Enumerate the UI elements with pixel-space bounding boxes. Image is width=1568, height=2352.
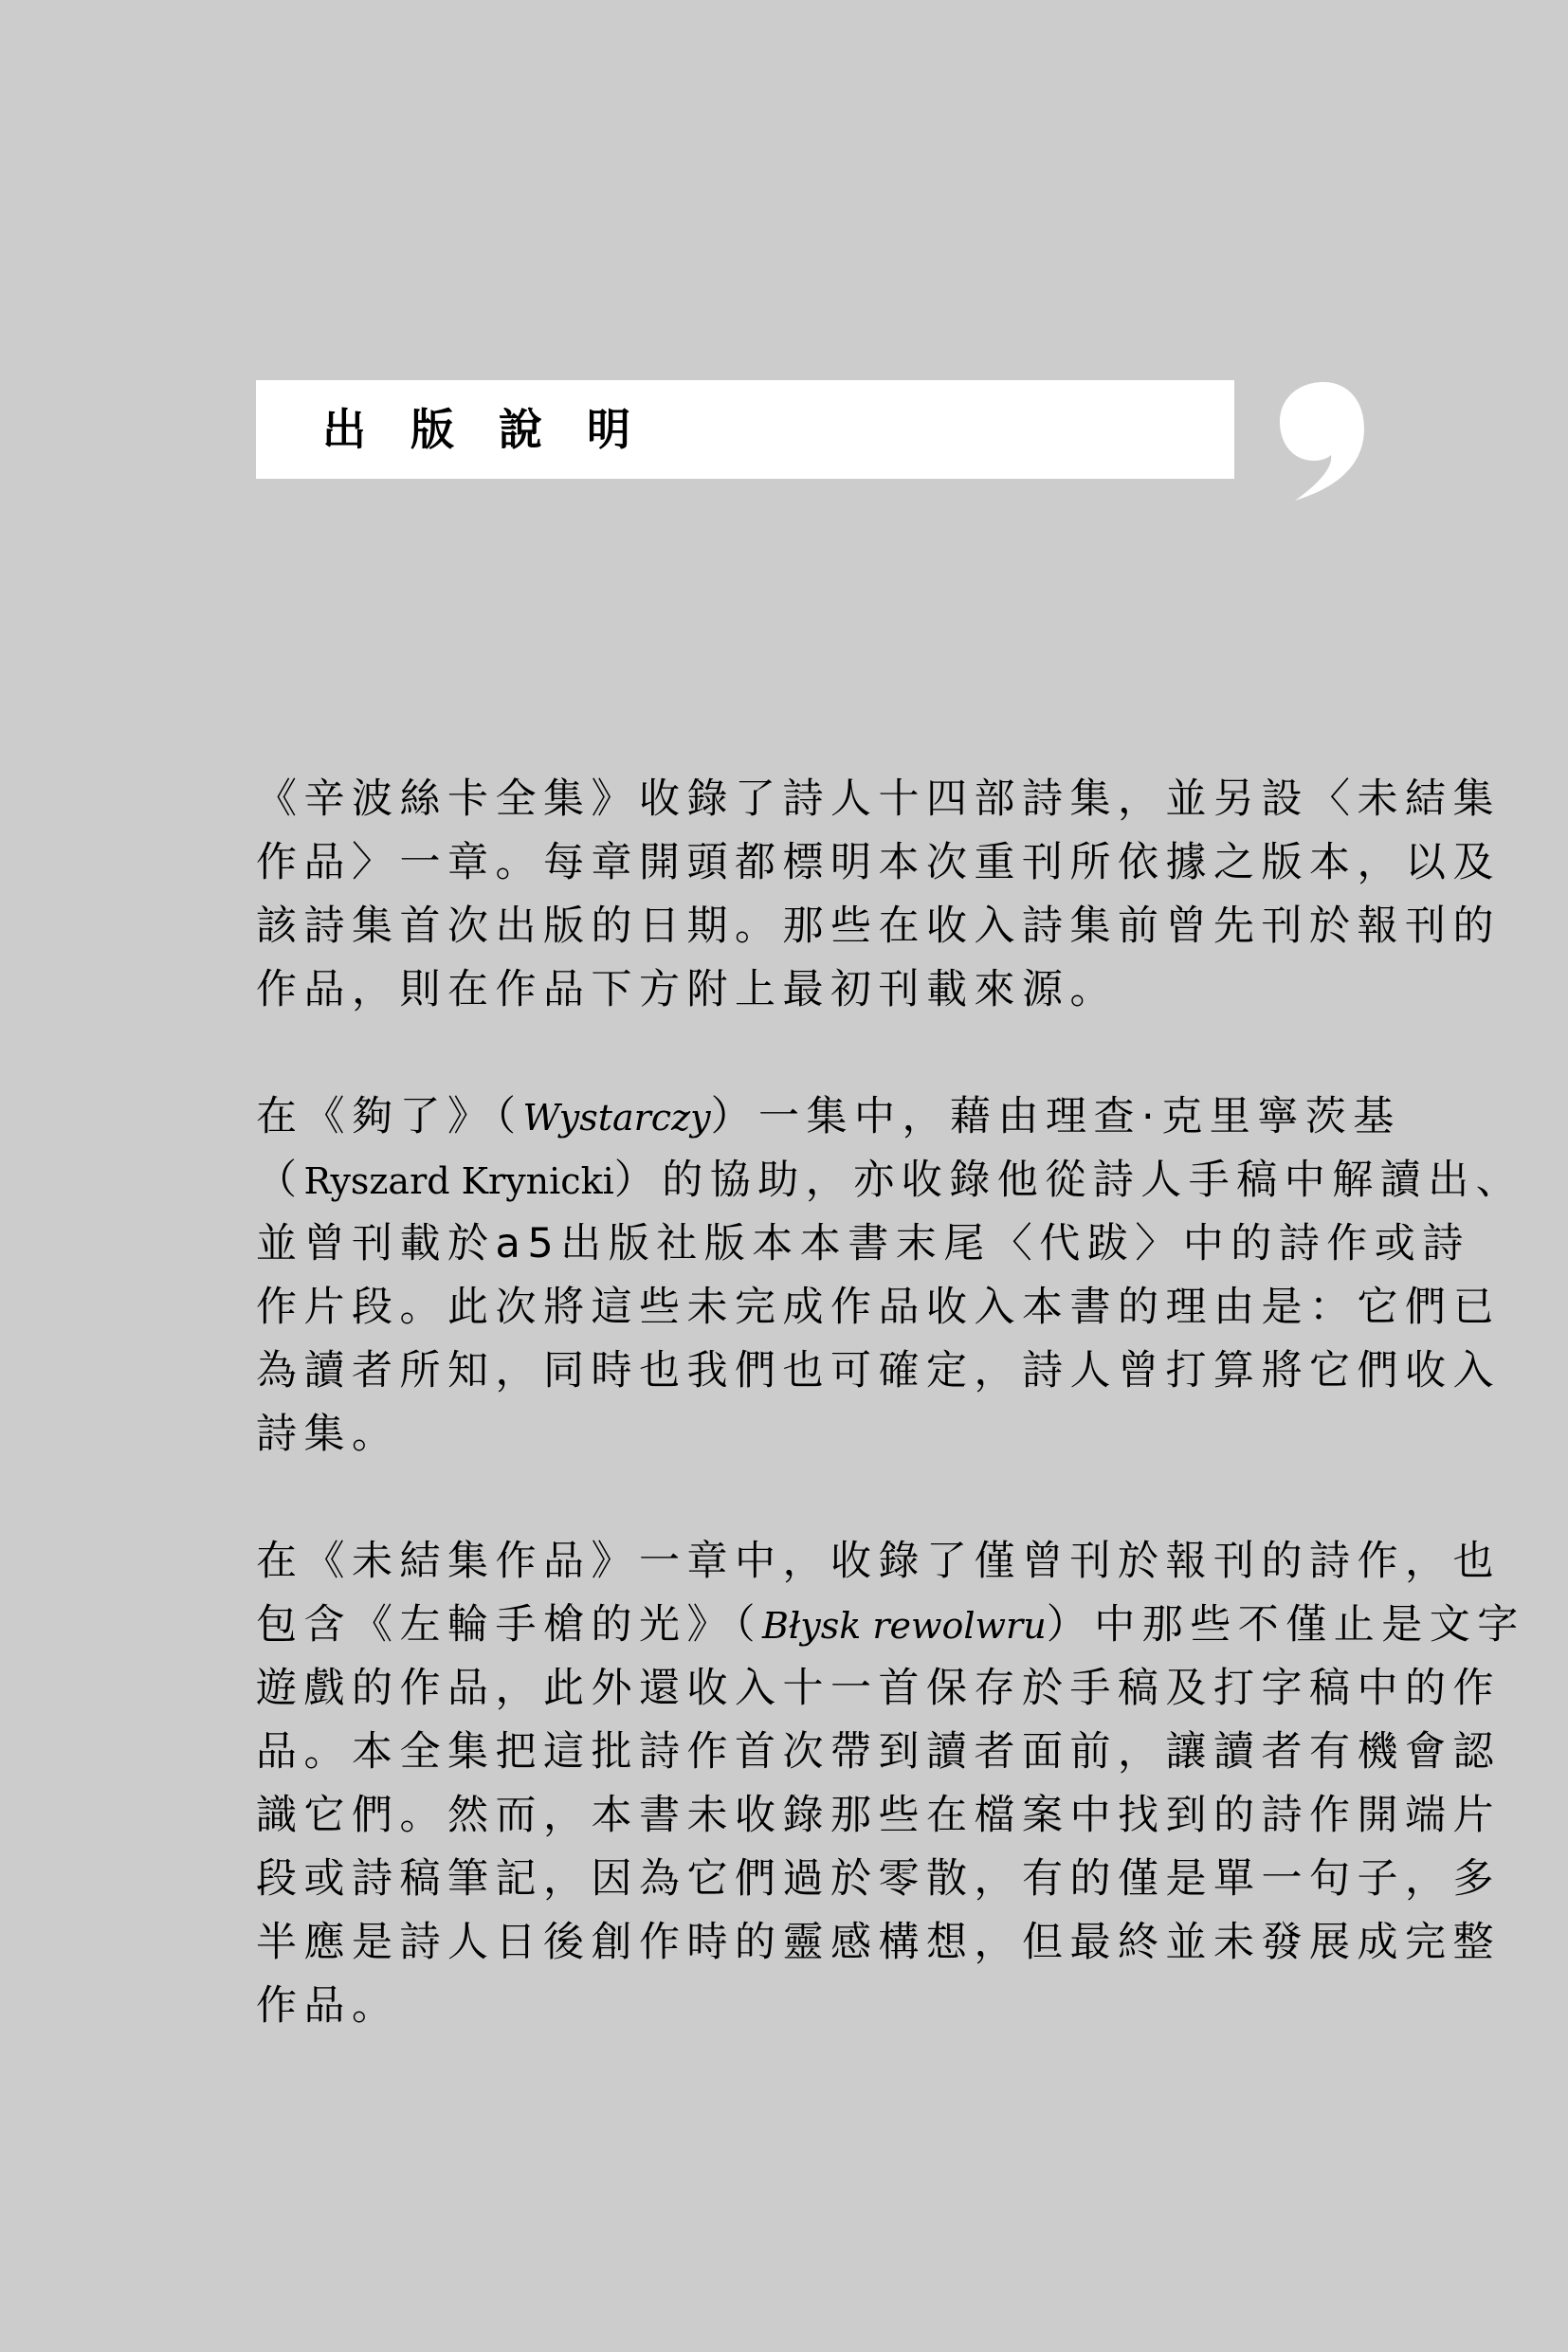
text-line: 為讀者所知，同時也我們也可確定，詩人曾打算將它們收入	[256, 1340, 1359, 1403]
title-banner: 出版說明	[256, 380, 1234, 479]
text-line: 作片段。此次將這些未完成作品收入本書的理由是：它們已	[256, 1276, 1359, 1340]
text-line: 該詩集首次出版的日期。那些在收入詩集前曾先刊於報刊的	[256, 895, 1359, 958]
book-title-original: Wystarczy	[523, 1097, 711, 1139]
body-text: 《辛波絲卡全集》收錄了詩人十四部詩集，並另設〈未結集 作品〉一章。每章開頭都標明…	[256, 768, 1359, 2102]
text-segment: ）一集中，藉由理查·克里寧茨基	[711, 1093, 1401, 1140]
text-line: 《辛波絲卡全集》收錄了詩人十四部詩集，並另設〈未結集	[256, 768, 1359, 831]
comma-decoration-icon	[1276, 379, 1367, 502]
text-line: 並曾刊載於a5出版社版本本書末尾〈代跋〉中的詩作或詩	[256, 1212, 1359, 1276]
text-line: 在《夠了》（Wystarczy）一集中，藉由理查·克里寧茨基	[256, 1085, 1359, 1149]
text-line: 作品。	[256, 1975, 1359, 2038]
text-segment: ）中那些不僅止是文字	[1047, 1601, 1525, 1649]
text-line: 識它們。然而，本書未收錄那些在檔案中找到的詩作開端片	[256, 1784, 1359, 1848]
text-line: 詩集。	[256, 1403, 1359, 1467]
paragraph-1: 《辛波絲卡全集》收錄了詩人十四部詩集，並另設〈未結集 作品〉一章。每章開頭都標明…	[256, 768, 1359, 1022]
text-line: 品。本全集把這批詩作首次帶到讀者面前，讓讀者有機會認	[256, 1721, 1359, 1784]
text-segment: （	[256, 1157, 304, 1204]
text-segment: 包含《左輪手槍的光》（	[256, 1601, 762, 1649]
text-line: 作品，則在作品下方附上最初刊載來源。	[256, 958, 1359, 1022]
text-line: 作品〉一章。每章開頭都標明本次重刊所依據之版本，以及	[256, 831, 1359, 895]
text-line: 半應是詩人日後創作時的靈感構想，但最終並未發展成完整	[256, 1911, 1359, 1975]
text-line: 包含《左輪手槍的光》（Błysk rewolwru）中那些不僅止是文字	[256, 1594, 1359, 1657]
person-name-original: Ryszard Krynicki	[304, 1160, 614, 1202]
text-line: （Ryszard Krynicki）的協助，亦收錄他從詩人手稿中解讀出、	[256, 1149, 1359, 1212]
paragraph-2: 在《夠了》（Wystarczy）一集中，藉由理查·克里寧茨基 （Ryszard …	[256, 1085, 1359, 1467]
text-segment: 在《夠了》（	[256, 1093, 523, 1140]
page-title: 出版說明	[322, 403, 675, 456]
book-title-original: Błysk rewolwru	[762, 1605, 1047, 1647]
text-line: 段或詩稿筆記，因為它們過於零散，有的僅是單一句子，多	[256, 1848, 1359, 1911]
text-segment: ）的協助，亦收錄他從詩人手稿中解讀出、	[614, 1157, 1524, 1204]
text-line: 遊戲的作品，此外還收入十一首保存於手稿及打字稿中的作	[256, 1657, 1359, 1721]
text-line: 在《未結集作品》一章中，收錄了僅曾刊於報刊的詩作，也	[256, 1530, 1359, 1594]
paragraph-3: 在《未結集作品》一章中，收錄了僅曾刊於報刊的詩作，也 包含《左輪手槍的光》（Bł…	[256, 1530, 1359, 2038]
